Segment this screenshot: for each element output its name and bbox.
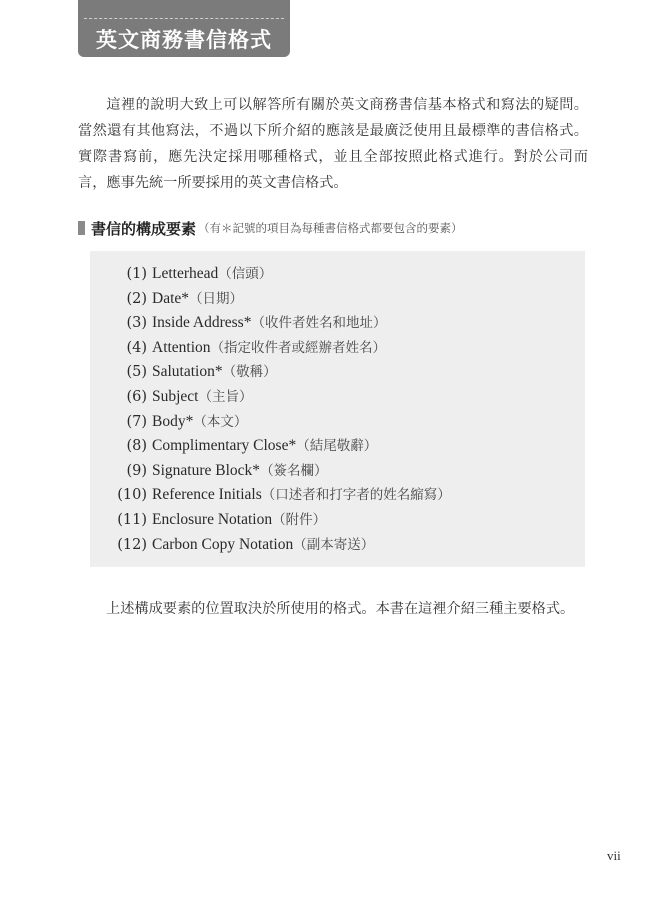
list-item: (9)Signature Block*（簽名欄） (90, 459, 585, 484)
item-english: Attention (152, 339, 211, 356)
page-number: vii (607, 848, 621, 864)
item-chinese: （本文） (193, 414, 247, 430)
item-english: Subject (152, 388, 199, 405)
item-chinese: （附件） (272, 512, 326, 528)
item-english: Salutation* (152, 363, 223, 380)
item-english: Complimentary Close* (152, 437, 296, 454)
item-english: Carbon Copy Notation (152, 536, 293, 553)
section-note: （有＊記號的項目為每種書信格式都要包含的要素） (198, 220, 463, 236)
item-number: (2) (90, 287, 152, 312)
item-number: (8) (90, 434, 152, 459)
item-chinese: （主旨） (199, 389, 253, 405)
item-chinese: （結尾敬辭） (296, 438, 377, 454)
list-item: (6)Subject（主旨） (90, 385, 585, 410)
list-item: (11)Enclosure Notation（附件） (90, 508, 585, 533)
intro-paragraph: 這裡的說明大致上可以解答所有關於英文商務書信基本格式和寫法的疑問。當然還有其他寫… (78, 92, 588, 196)
item-chinese: （口述者和打字者的姓名縮寫） (262, 487, 451, 503)
item-number: (3) (90, 311, 152, 336)
item-chinese: （指定收件者或經辦者姓名） (211, 340, 387, 356)
intro-text: 這裡的說明大致上可以解答所有關於英文商務書信基本格式和寫法的疑問。當然還有其他寫… (78, 97, 588, 191)
item-number: (6) (90, 385, 152, 410)
item-english: Body* (152, 413, 193, 430)
item-chinese: （簽名欄） (260, 463, 328, 479)
item-chinese: （敬稱） (223, 364, 277, 380)
list-item: (10)Reference Initials（口述者和打字者的姓名縮寫） (90, 483, 585, 508)
elements-list: (1)Letterhead（信頭） (2)Date*（日期） (3)Inside… (90, 251, 585, 557)
item-number: (9) (90, 459, 152, 484)
section-heading: 書信的構成要素 （有＊記號的項目為每種書信格式都要包含的要素） (78, 218, 463, 238)
item-number: (5) (90, 360, 152, 385)
item-number: (12) (90, 533, 152, 558)
item-english: Reference Initials (152, 486, 262, 503)
item-english: Enclosure Notation (152, 511, 272, 528)
item-number: (1) (90, 262, 152, 287)
item-english: Inside Address* (152, 314, 251, 331)
item-number: (11) (90, 508, 152, 533)
list-item: (4)Attention（指定收件者或經辦者姓名） (90, 336, 585, 361)
list-item: (5)Salutation*（敬稱） (90, 360, 585, 385)
item-number: (10) (90, 483, 152, 508)
list-item: (1)Letterhead（信頭） (90, 262, 585, 287)
list-item: (7)Body*（本文） (90, 410, 585, 435)
list-item: (3)Inside Address*（收件者姓名和地址） (90, 311, 585, 336)
chapter-title-box: 英文商務書信格式 (78, 0, 290, 57)
item-number: (7) (90, 410, 152, 435)
item-chinese: （日期） (189, 291, 243, 307)
item-chinese: （收件者姓名和地址） (251, 315, 386, 331)
item-english: Signature Block* (152, 462, 260, 479)
item-chinese: （信頭） (218, 266, 272, 282)
list-item: (8)Complimentary Close*（結尾敬辭） (90, 434, 585, 459)
item-chinese: （副本寄送） (293, 537, 374, 553)
chapter-title: 英文商務書信格式 (78, 24, 290, 54)
item-number: (4) (90, 336, 152, 361)
item-english: Letterhead (152, 265, 218, 282)
dashed-divider (84, 18, 284, 19)
item-english: Date* (152, 290, 189, 307)
list-item: (12)Carbon Copy Notation（副本寄送） (90, 533, 585, 558)
section-bar-icon (78, 221, 85, 235)
section-title: 書信的構成要素 (91, 218, 196, 239)
elements-list-panel: (1)Letterhead（信頭） (2)Date*（日期） (3)Inside… (90, 251, 585, 567)
list-item: (2)Date*（日期） (90, 287, 585, 312)
outro-paragraph: 上述構成要素的位置取決於所使用的格式。本書在這裡介紹三種主要格式。 (106, 598, 574, 618)
